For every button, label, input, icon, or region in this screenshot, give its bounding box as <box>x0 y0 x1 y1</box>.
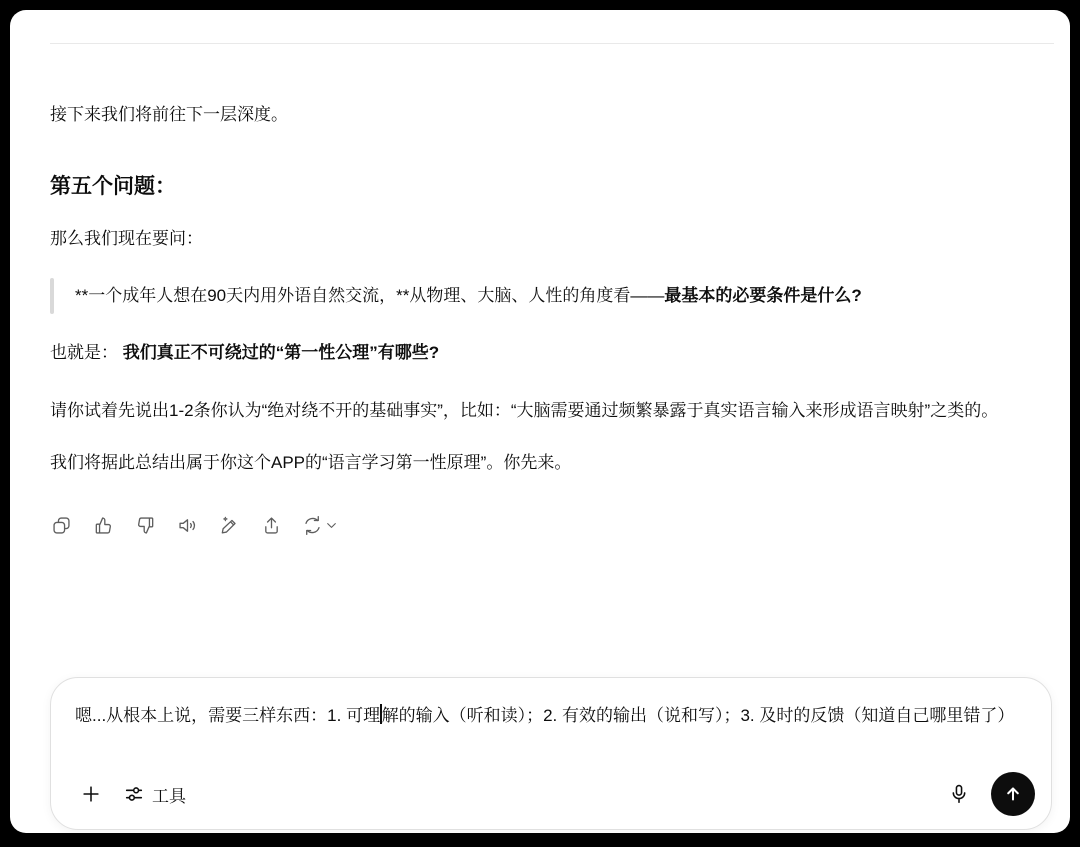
message-action-bar <box>50 514 1070 536</box>
regenerate-icon <box>302 515 323 536</box>
blockquote-text: **一个成年人想在90天内用外语自然交流，**从物理、大脑、人性的角度看——最基… <box>54 278 892 314</box>
intro-paragraph: 接下来我们将前往下一层深度。 <box>50 96 1048 134</box>
composer[interactable]: 嗯...从根本上说，需要三样东西：1. 可理解的输入（听和读）；2. 有效的输出… <box>50 677 1052 830</box>
regenerate-button[interactable] <box>302 514 338 536</box>
tools-label: 工具 <box>152 782 186 807</box>
share-button[interactable] <box>260 514 282 536</box>
assistant-message: 接下来我们将前往下一层深度。 第五个问题： 那么我们现在要问： **一个成年人想… <box>10 96 1070 482</box>
restate-paragraph: 也就是： 我们真正不可绕过的“第一性公理”有哪些? <box>50 334 1048 372</box>
copy-icon <box>51 515 72 536</box>
question-heading: 第五个问题： <box>50 172 1048 202</box>
composer-text-after-caret: 解的输入（听和读）；2. 有效的输出（说和写）；3. 及时的反馈（知道自己哪里错… <box>382 706 1015 725</box>
tools-button[interactable]: 工具 <box>123 782 186 807</box>
send-arrow-icon <box>1002 783 1024 805</box>
thumbs-up-icon <box>93 515 114 536</box>
copy-button[interactable] <box>50 514 72 536</box>
attach-button[interactable] <box>73 776 109 812</box>
chat-window: 接下来我们将前往下一层深度。 第五个问题： 那么我们现在要问： **一个成年人想… <box>10 10 1070 833</box>
good-response-button[interactable] <box>92 514 114 536</box>
bad-response-button[interactable] <box>134 514 156 536</box>
read-aloud-button[interactable] <box>176 514 198 536</box>
edit-in-canvas-button[interactable] <box>218 514 240 536</box>
plus-icon <box>80 783 102 805</box>
restate-normal-text: 也就是： <box>50 343 118 362</box>
blockquote-bold-text: 最基本的必要条件是什么? <box>664 286 861 305</box>
send-button[interactable] <box>991 772 1035 816</box>
sliders-icon <box>123 783 145 805</box>
dictate-button[interactable] <box>941 776 977 812</box>
lead-paragraph: 那么我们现在要问： <box>50 220 1048 258</box>
message-divider <box>50 43 1054 44</box>
question-blockquote: **一个成年人想在90天内用外语自然交流，**从物理、大脑、人性的角度看——最基… <box>50 278 1048 314</box>
share-icon <box>261 515 282 536</box>
closing-paragraph: 我们将据此总结出属于你这个APP的“语言学习第一性原理”。你先来。 <box>50 444 1048 482</box>
read-aloud-icon <box>177 515 198 536</box>
microphone-icon <box>948 783 970 805</box>
chevron-down-icon <box>325 519 338 532</box>
thumbs-down-icon <box>135 515 156 536</box>
request-paragraph: 请你试着先说出1-2条你认为“绝对绕不开的基础事实”，比如：“大脑需要通过频繁暴… <box>50 392 1048 430</box>
composer-toolbar: 工具 <box>51 765 1051 829</box>
composer-input[interactable]: 嗯...从根本上说，需要三样东西：1. 可理解的输入（听和读）；2. 有效的输出… <box>51 678 1051 733</box>
composer-text-before-caret: 嗯...从根本上说，需要三样东西：1. 可理 <box>75 706 380 725</box>
edit-in-canvas-icon <box>219 515 240 536</box>
restate-bold-text: 我们真正不可绕过的“第一性公理”有哪些? <box>123 343 439 362</box>
blockquote-normal-text: **一个成年人想在90天内用外语自然交流，**从物理、大脑、人性的角度看—— <box>75 286 664 305</box>
